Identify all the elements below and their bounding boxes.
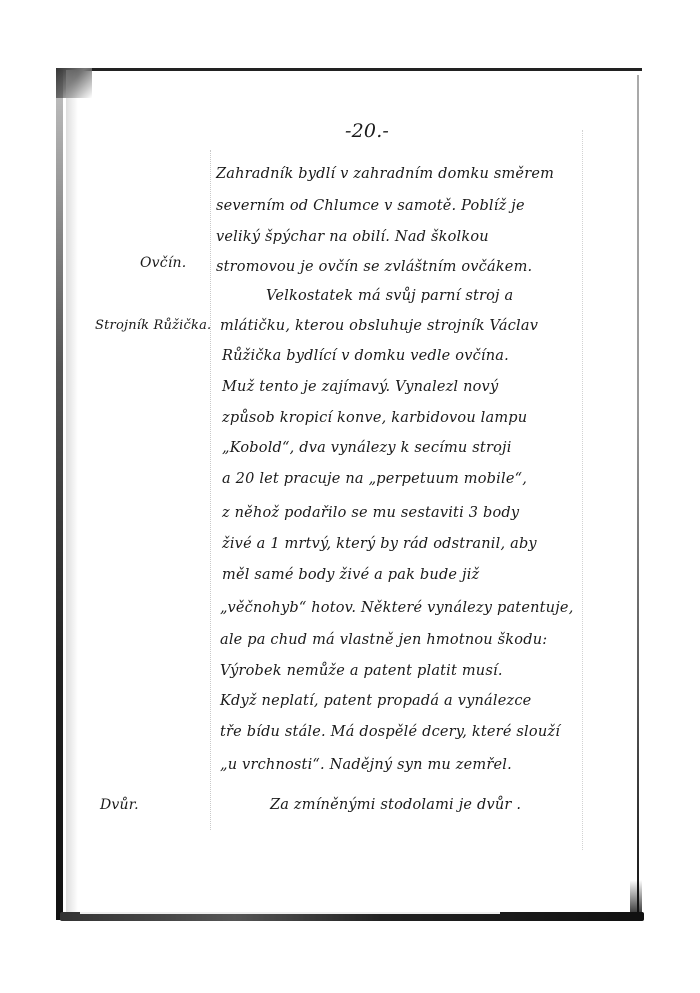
page-edge-right bbox=[637, 75, 639, 915]
text-line: mlátičku, kterou obsluhuje strojník Václ… bbox=[220, 318, 538, 334]
text-line: a 20 let pracuje na „perpetuum mobile“, bbox=[222, 471, 527, 487]
text-line: Velkostatek má svůj parní stroj a bbox=[266, 288, 513, 304]
text-line: „u vrchnosti“. Nadějný syn mu zemřel. bbox=[220, 757, 512, 773]
text-line: Výrobek nemůže a patent platit musí. bbox=[220, 663, 503, 679]
text-line: ale pa chud má vlastně jen hmotnou škodu… bbox=[220, 632, 547, 648]
text-line: severním od Chlumce v samotě. Poblíž je bbox=[216, 198, 525, 214]
text-line: z něhož podařilo se mu sestaviti 3 body bbox=[222, 505, 519, 521]
page-edge-left-shadow bbox=[66, 70, 78, 920]
text-line: Muž tento je zajímavý. Vynalezl nový bbox=[222, 379, 498, 395]
text-line: Růžička bydlící v domku vedle ovčína. bbox=[222, 348, 509, 364]
page-edge-bottom-highlight bbox=[80, 912, 500, 914]
text-line: stromovou je ovčín se zvláštním ovčákem. bbox=[216, 259, 532, 275]
page-edge-top bbox=[56, 68, 642, 71]
text-line: „Kobold“, dva vynálezy k secímu stroji bbox=[222, 440, 512, 456]
text-line: Za zmíněnými stodolami je dvůr . bbox=[270, 797, 521, 813]
text-line: měl samé body živé a pak bude již bbox=[222, 567, 479, 583]
page-edge-right-shadow bbox=[630, 880, 642, 920]
margin-note-dvur: Dvůr. bbox=[100, 797, 139, 813]
text-line: veliký špýchar na obilí. Nad školkou bbox=[216, 229, 489, 245]
text-line: Když neplatí, patent propadá a vynálezce bbox=[220, 693, 531, 709]
text-line: Zahradník bydlí v zahradním domku směrem bbox=[216, 166, 554, 182]
scanned-manuscript-page: -20.- Zahradník bydlí v zahradním domku … bbox=[0, 0, 700, 993]
text-line: způsob kropicí konve, karbidovou lampu bbox=[222, 410, 527, 426]
margin-rule bbox=[210, 150, 211, 830]
margin-note-strojnik: Strojník Růžička. bbox=[95, 318, 211, 333]
margin-note-ovcin: Ovčín. bbox=[140, 255, 186, 271]
page-edge-left bbox=[56, 70, 63, 920]
text-line: živé a 1 mrtvý, který by rád odstranil, … bbox=[222, 536, 537, 552]
right-margin-rule bbox=[582, 130, 583, 850]
page-number: -20.- bbox=[345, 120, 389, 142]
text-line: „věčnohyb“ hotov. Některé vynálezy paten… bbox=[220, 600, 574, 616]
text-line: tře bídu stále. Má dospělé dcery, které … bbox=[220, 724, 560, 740]
